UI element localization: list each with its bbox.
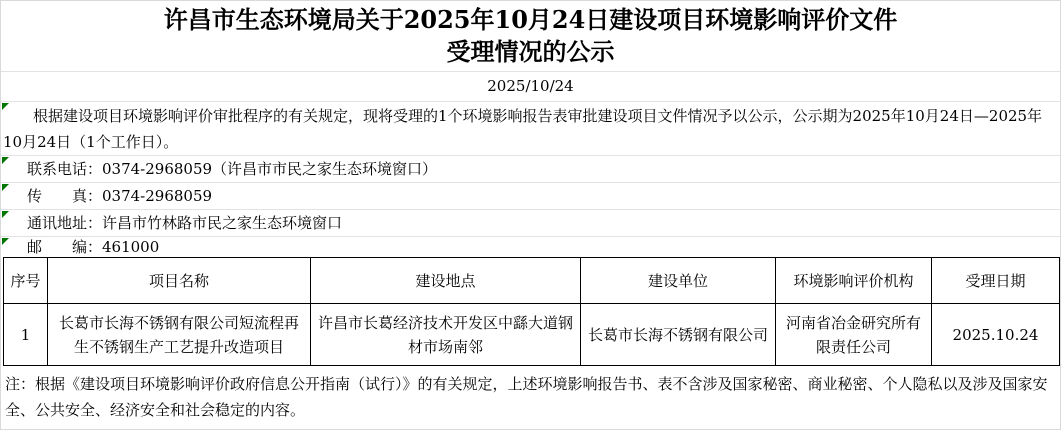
- notice-page: 许昌市生态环境局关于2025年10月24日建设项目环境影响评价文件 受理情况的公…: [0, 0, 1061, 430]
- header-project-name: 项目名称: [48, 258, 311, 304]
- projects-table: 序号 项目名称 建设地点 建设单位 环境影响评价机构 受理日期 1 长葛市长海不…: [3, 257, 1060, 366]
- cell-seq: 1: [4, 304, 48, 366]
- header-builder: 建设单位: [581, 258, 776, 304]
- contact-address-row: 通讯地址：许昌市竹林路市民之家生态环境窗口: [1, 209, 1060, 236]
- notice-title-line2: 受理情况的公示: [1, 36, 1060, 68]
- footnote: 注：根据《建设项目环境影响评价政府信息公开指南（试行）》的有关规定，上述环境影响…: [1, 366, 1060, 423]
- contact-phone-text: 联系电话：0374-2968059（许昌市市民之家生态环境窗口）: [27, 160, 437, 178]
- contact-phone-row: 联系电话：0374-2968059（许昌市市民之家生态环境窗口）: [1, 155, 1060, 182]
- cell-eia-agency: 河南省冶金研究所有限责任公司: [776, 304, 932, 366]
- header-eia-agency: 环境影响评价机构: [776, 258, 932, 304]
- contact-address-text: 通讯地址：许昌市竹林路市民之家生态环境窗口: [27, 214, 342, 232]
- cell-comment-flag-icon: [2, 157, 9, 164]
- cell-comment-flag-icon: [2, 211, 9, 218]
- cell-project-name: 长葛市长海不锈钢有限公司短流程再生不锈钢生产工艺提升改造项目: [48, 304, 311, 366]
- cell-location: 许昌市长葛经济技术开发区中繇大道钢材市场南邻: [311, 304, 581, 366]
- cell-comment-flag-icon: [2, 238, 9, 245]
- notice-title-line1: 许昌市生态环境局关于2025年10月24日建设项目环境影响评价文件: [1, 4, 1060, 36]
- contact-zip-text: 邮 编：461000: [27, 238, 159, 256]
- contact-fax-text: 传 真：0374-2968059: [27, 187, 212, 205]
- intro-paragraph: 根据建设项目环境影响评价审批程序的有关规定，现将受理的1个环境影响报告表审批建设…: [3, 103, 1058, 155]
- header-seq: 序号: [4, 258, 48, 304]
- cell-accept-date: 2025.10.24: [932, 304, 1060, 366]
- cell-comment-flag-icon: [2, 184, 9, 191]
- header-location: 建设地点: [311, 258, 581, 304]
- notice-date: 2025/10/24: [1, 71, 1060, 101]
- projects-table-header-row: 序号 项目名称 建设地点 建设单位 环境影响评价机构 受理日期: [4, 258, 1060, 304]
- contact-fax-row: 传 真：0374-2968059: [1, 182, 1060, 209]
- header-accept-date: 受理日期: [932, 258, 1060, 304]
- intro-section: 根据建设项目环境影响评价审批程序的有关规定，现将受理的1个环境影响报告表审批建设…: [1, 101, 1060, 155]
- notice-title: 许昌市生态环境局关于2025年10月24日建设项目环境影响评价文件 受理情况的公…: [1, 1, 1060, 71]
- contact-zip-row: 邮 编：461000: [1, 236, 1060, 257]
- cell-comment-flag-icon: [2, 103, 9, 110]
- cell-builder: 长葛市长海不锈钢有限公司: [581, 304, 776, 366]
- table-row: 1 长葛市长海不锈钢有限公司短流程再生不锈钢生产工艺提升改造项目 许昌市长葛经济…: [4, 304, 1060, 366]
